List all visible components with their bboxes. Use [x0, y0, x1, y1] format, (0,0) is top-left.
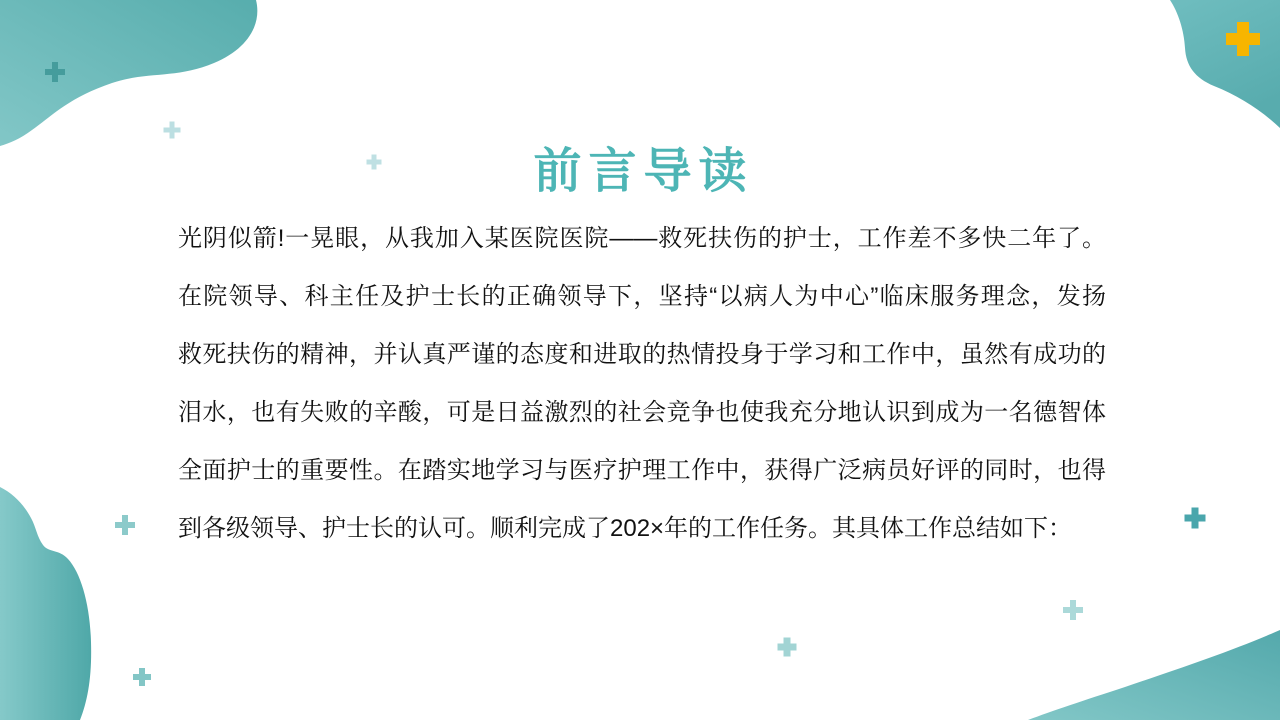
corner-blob-top-left [0, 0, 257, 146]
plus-icon [1063, 600, 1083, 620]
corner-blob-top-right [1170, 0, 1280, 128]
plus-icon [778, 638, 797, 657]
slide-body-paragraph: 光阴似箭!一晃眼，从我加入某医院医院——救死扶伤的护士，工作差不多快二年了。 在… [178, 210, 1106, 558]
plus-icon [115, 515, 135, 535]
presentation-slide: 前言导读 光阴似箭!一晃眼，从我加入某医院医院——救死扶伤的护士，工作差不多快二… [0, 0, 1280, 720]
plus-icon [45, 62, 65, 82]
body-line: 全面护士的重要性。在踏实地学习与医疗护理工作中，获得广泛病员好评的同时，也得 [178, 442, 1106, 500]
body-line: 在院领导、科主任及护士长的正确领导下，坚持“以病人为中心”临床服务理念，发扬 [178, 268, 1106, 326]
plus-icon [1185, 508, 1206, 529]
body-line: 救死扶伤的精神，并认真严谨的态度和进取的热情投身于学习和工作中，虽然有成功的 [178, 326, 1106, 384]
corner-blob-bottom-left [0, 487, 91, 720]
plus-icon-yellow [1226, 22, 1260, 56]
body-line: 到各级领导、护士长的认可。顺利完成了202×年的工作任务。其具体工作总结如下： [178, 500, 1106, 558]
plus-icon [133, 668, 151, 686]
body-line: 泪水，也有失败的辛酸，可是日益激烈的社会竞争也使我充分地认识到成为一名德智体 [178, 384, 1106, 442]
slide-title: 前言导读 [0, 132, 1280, 201]
corner-wave-bottom-right [1028, 630, 1280, 720]
body-line: 光阴似箭!一晃眼，从我加入某医院医院——救死扶伤的护士，工作差不多快二年了。 [178, 210, 1106, 268]
